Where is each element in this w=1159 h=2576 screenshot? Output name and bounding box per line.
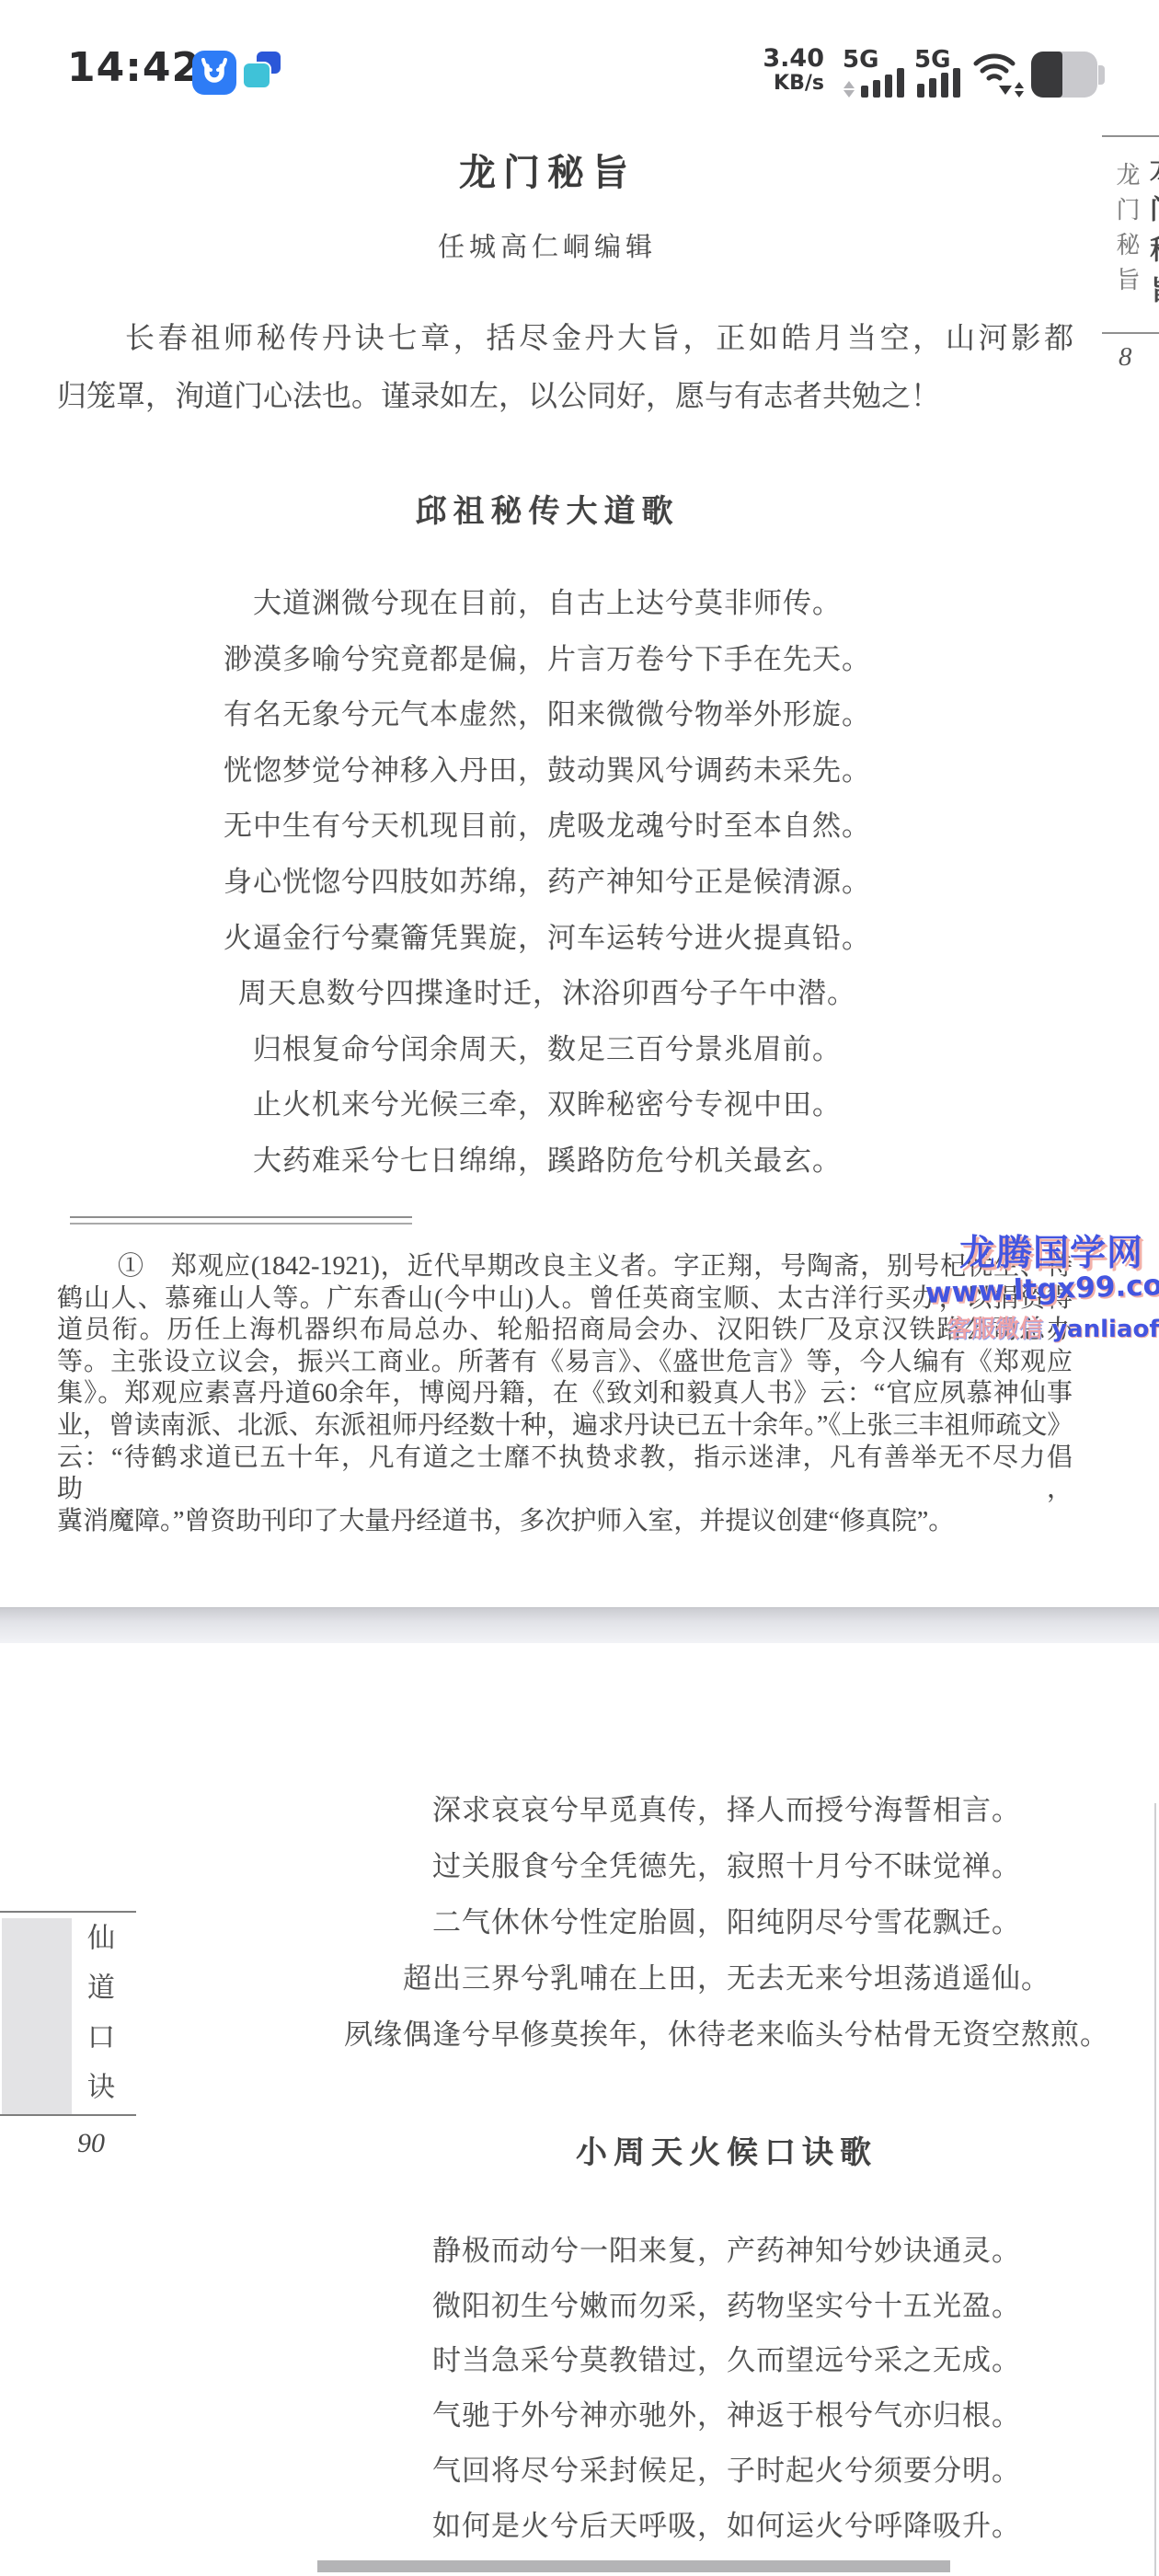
poem-line: 恍惚梦觉兮神移入丹田，鼓动巽风兮调药未采先。	[0, 743, 1095, 799]
chat-square-front	[244, 63, 270, 87]
poem-line: 夙缘偶逢兮早修莫挨年，休待老来临头兮枯骨无资空熬煎。	[294, 2007, 1159, 2063]
poem-line: 气回将尽兮采封候足，子时起火兮须要分明。	[294, 2444, 1159, 2499]
sim1-signal-bars-icon	[861, 68, 904, 98]
sidebar-rule-top	[0, 1911, 136, 1913]
poem-line: 火逼金行兮橐籥凭巽旋，河车运转兮进火提真铅。	[0, 911, 1095, 967]
intro-line: 长春祖师秘传丹诀七章，括尽金丹大旨，正如皓月当空，山河影都	[57, 309, 1073, 367]
poem-dadaoge-continued: 深求哀哀兮早觅真传，择人而授兮海誓相言。过关服食兮全凭德先，寂照十月兮不昧觉禅。…	[294, 1782, 1159, 2063]
sidebar-gray-block	[2, 1918, 72, 2115]
margin-tab-vertical-title: 龙门秘旨	[1109, 162, 1143, 302]
wifi-download-arrow-icon	[999, 86, 1012, 95]
book-title: 龙门秘旨	[0, 144, 1095, 196]
watermark-contact: 客服微信 yanliaofan225	[947, 1310, 1159, 1344]
overlapping-chat-squares-icon	[244, 52, 284, 92]
poem-line: 静极而动兮一阳来复，产药神知兮妙诀通灵。	[294, 2224, 1159, 2279]
poem-line: 时当急采兮莫教错过，久而望远兮采之无成。	[294, 2333, 1159, 2388]
ox-head-app-icon	[192, 51, 236, 95]
footnote-line: 冀消魔障。”曾资助刊印了大量丹经道书，多次护师入室，并提议创建“修真院”。	[57, 1506, 1073, 1538]
poem-line: 深求哀哀兮早觅真传，择人而授兮海誓相言。	[294, 1782, 1159, 1838]
sidebar-rule-bottom	[0, 2114, 136, 2116]
footnote-line: 集》。郑观应素喜丹道60余年，博阅丹籍，在《致刘和毅真人书》云：“官应夙慕神仙事	[57, 1378, 1073, 1410]
watermark-contact-id: yanliaofan225	[1051, 1316, 1159, 1343]
poem-line: 超出三界兮乳哺在上田，无去无来兮坦荡逍遥仙。	[294, 1950, 1159, 2007]
poem-line: 无中生有兮天机现目前，虎吸龙魂兮时至本自然。	[0, 799, 1095, 855]
network-activity-up-arrow-icon	[843, 81, 855, 88]
wifi-up-arrow-icon	[1015, 82, 1024, 88]
network-speed-value: 3.40	[741, 45, 824, 72]
status-time: 14:42	[67, 44, 201, 91]
network-speed-unit: KB/s	[741, 72, 824, 95]
poem-line: 微阳初生兮嫩而勿采，药物坚实兮十五光盈。	[294, 2279, 1159, 2334]
battery-icon	[1031, 52, 1097, 98]
poem-line: 周天息数兮四揲逢时迁，沐浴卯酉兮子午中潜。	[0, 966, 1095, 1022]
wifi-icon	[971, 51, 1017, 89]
battery-level-fill	[1031, 52, 1062, 98]
poem-xiaozhoutian: 静极而动兮一阳来复，产药神知兮妙诀通灵。微阳初生兮嫩而勿采，药物坚实兮十五光盈。…	[294, 2224, 1159, 2553]
footnote-line: 鹤山人、慕雍山人等。广东香山(今中山)人。曾任英商宝顺、太古洋行买办，以捐资得	[57, 1283, 1073, 1316]
page-edge-line	[1154, 1803, 1156, 2576]
watermark-site-name: 龙腾国学网	[959, 1225, 1143, 1276]
sidebar-vertical-label: 仙道口诀	[77, 1923, 118, 2122]
book-editor-line: 任城高仁峒编辑	[0, 226, 1095, 264]
poem-line: 二气休休兮性定胎圆，阳纯阴尽兮雪花飘迁。	[294, 1894, 1159, 1950]
margin-tab-rule-top	[1102, 135, 1159, 137]
margin-tab-rule-bottom	[1102, 332, 1159, 334]
page-separator-band	[0, 1607, 1159, 1643]
footnote-line: ① 郑观应(1842-1921)，近代早期改良主义者。字正翔，号陶斋，别号杞忧生…	[57, 1251, 1073, 1283]
poem-dadaoge: 大道渊微兮现在目前，自古上达兮莫非师传。渺漠多喻兮究竟都是偏，片言万卷兮下手在先…	[0, 576, 1095, 1190]
margin-tab-page-number: 8	[1119, 342, 1132, 373]
wifi-down-arrow-icon	[1015, 91, 1024, 98]
poem-line: 大药难采兮七日绵绵，蹊路防危兮机关最玄。	[0, 1133, 1095, 1190]
intro-line: 归笼罩，洵道门心法也。谨录如左，以公同好，愿与有志者共勉之！	[57, 367, 1073, 425]
phone-screen: 14:42 3.40 KB/s 5G 5G 龙门秘旨 任城高仁峒编辑 长春祖师秘…	[0, 0, 1159, 2576]
network-activity-down-arrow-icon	[843, 90, 855, 98]
section-title-dadaoge: 邱祖秘传大道歌	[0, 486, 1095, 531]
poem-line: 如何是火兮后天呼吸，如何运火兮呼降吸升。	[294, 2499, 1159, 2554]
section-title-xiaozhoutian: 小周天火候口诀歌	[294, 2127, 1159, 2172]
poem-line: 止火机来兮光候三牵，双眸秘密兮专视中田。	[0, 1077, 1095, 1133]
footnote-line: 道员衔。历任上海机器织布局总办、轮船招商局会办、汉阳铁厂及京汉铁路公司总办	[57, 1315, 1073, 1347]
footnote-zhengguanying: ① 郑观应(1842-1921)，近代早期改良主义者。字正翔，号陶斋，别号杞忧生…	[57, 1251, 1073, 1537]
battery-nub	[1098, 65, 1105, 85]
network-speed: 3.40 KB/s	[741, 45, 824, 95]
margin-tab-vertical-title-clipped: 龙门秘旨	[1142, 155, 1159, 316]
sidebar-page-number: 90	[77, 2128, 105, 2159]
poem-line: 归根复命兮闰余周天，数足三百兮景兆眉前。	[0, 1022, 1095, 1078]
watermark-contact-label: 客服微信	[947, 1316, 1043, 1343]
poem-line: 有名无象兮元气本虚然，阳来微微兮物举外形旋。	[0, 687, 1095, 743]
poem-line: 过关服食兮全凭德先，寂照十月兮不昧觉禅。	[294, 1838, 1159, 1894]
intro-paragraph: 长春祖师秘传丹诀七章，括尽金丹大旨，正如皓月当空，山河影都归笼罩，洵道门心法也。…	[57, 309, 1073, 425]
poem-line: 身心恍惚兮四肢如苏绵，药产神知兮正是候清源。	[0, 855, 1095, 911]
footnote-line: 业，曾读南派、北派、东派祖师丹经数十种，遍求丹诀已五十余年。”《上张三丰祖师疏文…	[57, 1410, 1073, 1443]
footnote-separator-rule	[70, 1216, 412, 1225]
poem-line: 大道渊微兮现在目前，自古上达兮莫非师传。	[0, 576, 1095, 632]
poem-line: 气驰于外兮神亦驰外，神返于根兮气亦归根。	[294, 2388, 1159, 2444]
footnote-line: 等。主张设立议会，振兴工商业。所著有《易言》、《盛世危言》等，今人编有《郑观应	[57, 1347, 1073, 1379]
poem-line: 渺漠多喻兮究竟都是偏，片言万卷兮下手在先天。	[0, 632, 1095, 688]
bottom-highlight-bar	[317, 2560, 950, 2572]
sim2-signal-bars-icon	[917, 68, 960, 98]
footnote-line: 云：“待鹤求道已五十年，凡有道之士靡不执贽求教，指示迷津，凡有善举无不尽力倡助，	[57, 1443, 1073, 1506]
